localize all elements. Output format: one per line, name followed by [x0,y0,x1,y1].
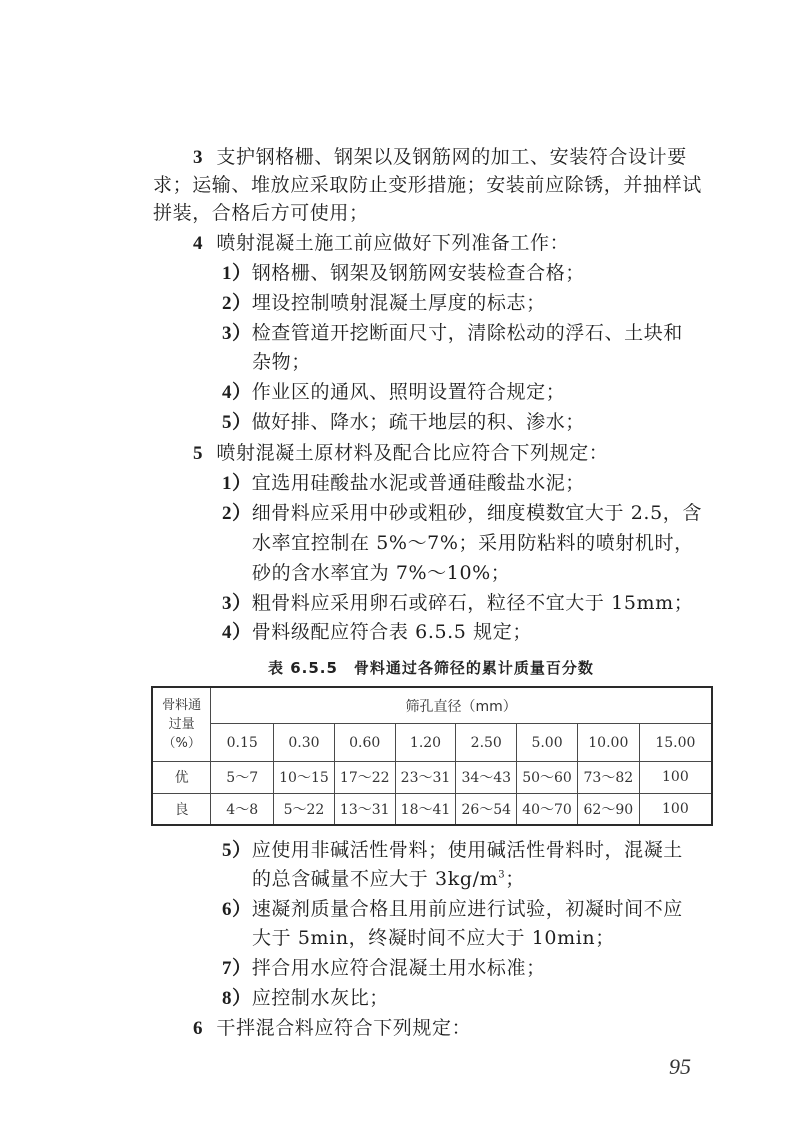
column-header: 5.00 [517,724,578,762]
item-text: 检查管道开挖断面尺寸，清除松动的浮石、土块和 [252,322,683,344]
item-4-3-cont: 杂物； [252,350,311,374]
column-header: 0.60 [334,724,395,762]
item-5-2-cont-1: 水率宜控制在 5%～7%；采用防粘料的喷射机时， [252,531,694,555]
clause-number: 3 [193,147,203,168]
table-cell: 100 [639,762,712,794]
item-number: 6） [222,899,252,920]
clause-text: 干拌混合料应符合下列规定： [216,1017,471,1039]
item-number: 2） [222,293,252,314]
item-number: 3） [222,593,252,614]
item-4-1: 1）钢格栅、钢架及钢筋网安装检查合格； [222,261,585,286]
table-cell: 17～22 [334,762,395,794]
item-number: 8） [222,988,252,1009]
table-cell: 10～15 [274,762,335,794]
table-cell: 40～70 [517,793,578,825]
clause-5: 5 喷射混凝土原材料及配合比应符合下列规定： [193,441,608,466]
item-text: 钢格栅、钢架及钢筋网安装检查合格； [252,262,585,284]
item-number: 1） [222,263,252,284]
row-header-line: 骨料通 [153,696,210,715]
item-text: 粗骨料应采用卵石或碎石，粒径不宜大于 15mm； [252,592,694,614]
row-header-cell: 骨料通 过量 （%） [152,687,211,762]
row-header-line: 过量 [153,715,210,734]
clause-number: 5 [193,443,203,464]
item-4-2: 2）埋设控制喷射混凝土厚度的标志； [222,291,546,316]
table-row: 良 4～8 5～22 13～31 18～41 26～54 40～70 62～90… [152,793,712,825]
item-text: 速凝剂质量合格且用前应进行试验，初凝时间不应 [252,898,683,920]
item-text: 细骨料应采用中砂或粗砂，细度模数宜大于 2.5，含 [252,502,702,524]
table-cell: 18～41 [395,793,456,825]
item-number: 5） [222,840,252,861]
column-header: 1.20 [395,724,456,762]
item-5-5: 5）应使用非碱活性骨料；使用碱活性骨料时，混凝土 [222,838,683,863]
item-number: 7） [222,958,252,979]
item-number: 3） [222,323,252,344]
table-cell: 26～54 [456,793,517,825]
item-number: 4） [222,622,252,643]
row-label: 良 [152,793,211,825]
row-label: 优 [152,762,211,794]
clause-text: 喷射混凝土施工前应做好下列准备工作： [216,232,569,254]
item-5-2: 2）细骨料应采用中砂或粗砂，细度模数宜大于 2.5，含 [222,501,702,526]
table-cell: 50～60 [517,762,578,794]
item-5-8: 8）应控制水灰比； [222,986,389,1011]
item-5-6: 6）速凝剂质量合格且用前应进行试验，初凝时间不应 [222,897,683,922]
column-header: 0.15 [211,724,274,762]
table-cell: 34～43 [456,762,517,794]
clause-text: 喷射混凝土原材料及配合比应符合下列规定： [216,442,608,464]
table-cell: 4～8 [211,793,274,825]
group-header-cell: 筛孔直径（mm） [211,687,712,724]
item-text: 应使用非碱活性骨料；使用碱活性骨料时，混凝土 [252,839,683,861]
item-5-3: 3）粗骨料应采用卵石或碎石，粒径不宜大于 15mm； [222,591,693,616]
item-text: 做好排、降水；疏干地层的积、渗水； [252,411,585,433]
table-cell: 23～31 [395,762,456,794]
item-5-1: 1）宜选用硅酸盐水泥或普通硅酸盐水泥； [222,471,585,496]
table-cell: 100 [639,793,712,825]
item-number: 4） [222,382,252,403]
item-text: ； [505,868,525,890]
item-4-4: 4）作业区的通风、照明设置符合规定； [222,380,565,405]
clause-6: 6 干拌混合料应符合下列规定： [193,1016,471,1041]
item-5-6-cont: 大于 5min，终凝时间不应大于 10min； [252,926,615,950]
item-text: 骨料级配应符合表 6.5.5 规定； [252,621,532,643]
item-text: 作业区的通风、照明设置符合规定； [252,381,566,403]
item-text: 的总含碱量不应大于 3kg/m [252,868,498,890]
clause-3-line-1: 3 支护钢格栅、钢架以及钢筋网的加工、安装符合设计要 [193,145,687,170]
clause-number: 6 [193,1018,203,1039]
table-cell: 13～31 [334,793,395,825]
item-5-5-cont: 的总含碱量不应大于 3kg/m3； [252,867,525,891]
clause-text: 支护钢格栅、钢架以及钢筋网的加工、安装符合设计要 [216,146,686,168]
page-number: 95 [669,1054,691,1080]
sieve-table: 骨料通 过量 （%） 筛孔直径（mm） 0.15 0.30 0.60 1.20 … [151,686,713,826]
clause-3-line-3: 拼装，合格后方可使用； [153,201,369,225]
item-text: 宜选用硅酸盐水泥或普通硅酸盐水泥； [252,472,585,494]
table-cell: 73～82 [577,762,639,794]
clause-4: 4 喷射混凝土施工前应做好下列准备工作： [193,231,569,256]
clause-number: 4 [193,233,203,254]
table-group-header-row: 骨料通 过量 （%） 筛孔直径（mm） [152,687,712,724]
column-header: 0.30 [274,724,335,762]
item-4-3: 3）检查管道开挖断面尺寸，清除松动的浮石、土块和 [222,321,683,346]
column-header: 10.00 [577,724,639,762]
item-number: 2） [222,503,252,524]
table-row: 优 5～7 10～15 17～22 23～31 34～43 50～60 73～8… [152,762,712,794]
table-caption: 表 6.5.5 骨料通过各筛径的累计质量百分数 [268,657,594,678]
table-cell: 5～7 [211,762,274,794]
item-5-7: 7）拌合用水应符合混凝土用水标准； [222,956,546,981]
item-5-2-cont-2: 砂的含水率宜为 7%～10%； [252,561,510,585]
clause-3-line-2: 求；运输、堆放应采取防止变形措施；安装前应除锈，并抽样试 [153,173,702,197]
item-number: 5） [222,412,252,433]
item-text: 拌合用水应符合混凝土用水标准； [252,957,546,979]
item-text: 埋设控制喷射混凝土厚度的标志； [252,292,546,314]
item-number: 1） [222,473,252,494]
row-header-line: （%） [153,734,210,753]
item-5-4: 4）骨料级配应符合表 6.5.5 规定； [222,620,532,645]
column-header: 15.00 [639,724,712,762]
table-column-header-row: 0.15 0.30 0.60 1.20 2.50 5.00 10.00 15.0… [152,724,712,762]
table-cell: 5～22 [274,793,335,825]
column-header: 2.50 [456,724,517,762]
item-text: 应控制水灰比； [252,987,389,1009]
table-cell: 62～90 [577,793,639,825]
item-4-5: 5）做好排、降水；疏干地层的积、渗水； [222,410,585,435]
